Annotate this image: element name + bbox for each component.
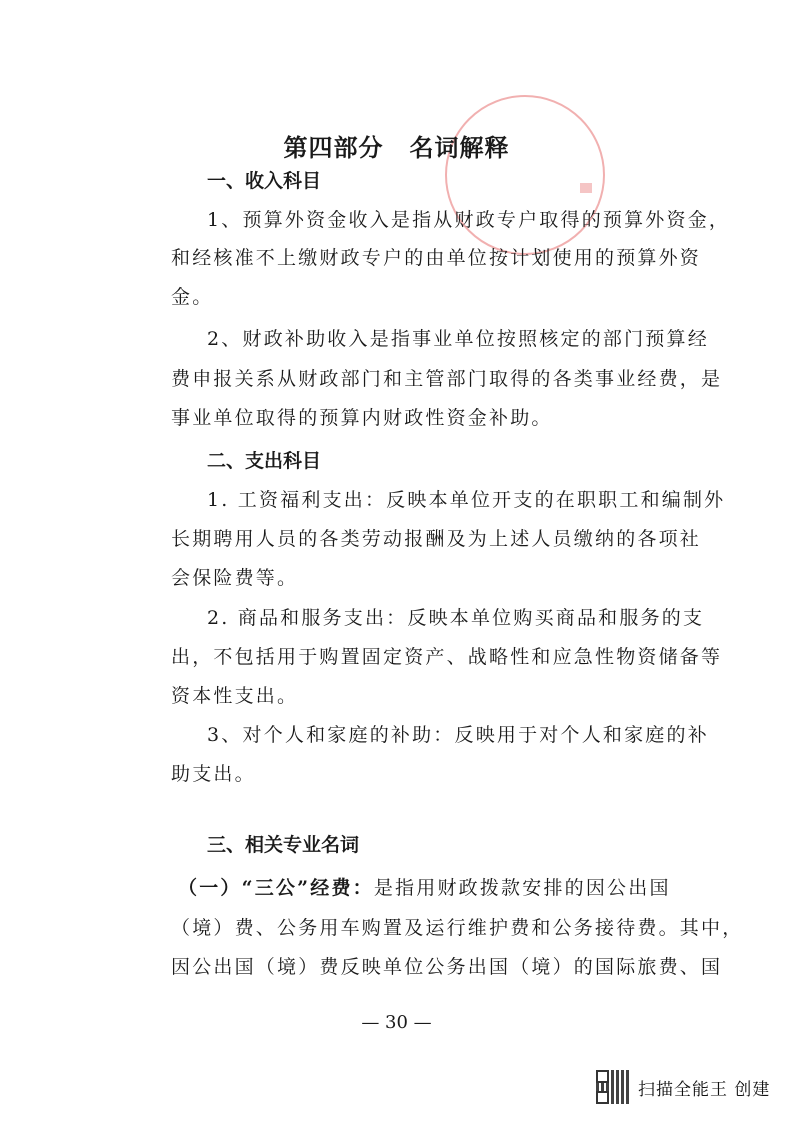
paragraph-line: 费申报关系从财政部门和主管部门取得的各类事业经费，是 [171, 364, 671, 391]
paragraph-line: 2、财政补助收入是指事业单位按照核定的部门预算经 [207, 324, 707, 351]
paragraph-line: 1、预算外资金收入是指从财政专户取得的预算外资金， [207, 205, 707, 232]
heading-expense: 二、支出科目 [207, 446, 321, 473]
paragraph-line: 1. 工资福利支出：反映本单位开支的在职职工和编制外 [207, 485, 707, 512]
paragraph-line: 出，不包括用于购置固定资产、战略性和应急性物资储备等 [171, 642, 671, 669]
paragraph-line: 和经核准不上缴财政专户的由单位按计划使用的预算外资 [171, 243, 671, 270]
paragraph-line: 2. 商品和服务支出：反映本单位购买商品和服务的支 [207, 603, 707, 630]
qr-code-icon [596, 1070, 630, 1104]
heading-income: 一、收入科目 [207, 166, 321, 193]
title-name: 名词解释 [410, 133, 510, 162]
page-title: 第四部分名词解释 [0, 128, 793, 163]
watermark-text: 扫描全能王 创建 [638, 1075, 770, 1100]
paragraph-line: 资本性支出。 [171, 681, 671, 708]
document-page: 第四部分名词解释 一、收入科目 1、预算外资金收入是指从财政专户取得的预算外资金… [0, 0, 793, 1122]
paragraph-line: （境）费、公务用车购置及运行维护费和公务接待费。其中， [171, 913, 671, 940]
paragraph-line: （一）“三公”经费：是指用财政拨款安排的因公出国 [178, 873, 678, 900]
scanner-watermark: 扫描全能王 创建 [596, 1070, 770, 1104]
paragraph-line: 3、对个人和家庭的补助：反映用于对个人和家庭的补 [207, 720, 707, 747]
page-number: — 30 — [0, 1012, 793, 1033]
term-label: （一）“三公”经费： [178, 877, 374, 899]
paragraph-line: 因公出国（境）费反映单位公务出国（境）的国际旅费、国 [171, 952, 671, 979]
heading-terms: 三、相关专业名词 [207, 830, 359, 857]
seal-mark [580, 183, 592, 193]
paragraph-line: 长期聘用人员的各类劳动报酬及为上述人员缴纳的各项社 [171, 524, 671, 551]
paragraph-line: 会保险费等。 [171, 563, 671, 590]
paragraph-line: 事业单位取得的预算内财政性资金补助。 [171, 403, 671, 430]
paragraph-line: 金。 [171, 282, 671, 309]
paragraph-line: 助支出。 [171, 759, 671, 786]
title-part: 第四部分 [284, 133, 384, 162]
term-definition: 是指用财政拨款安排的因公出国 [374, 877, 671, 899]
